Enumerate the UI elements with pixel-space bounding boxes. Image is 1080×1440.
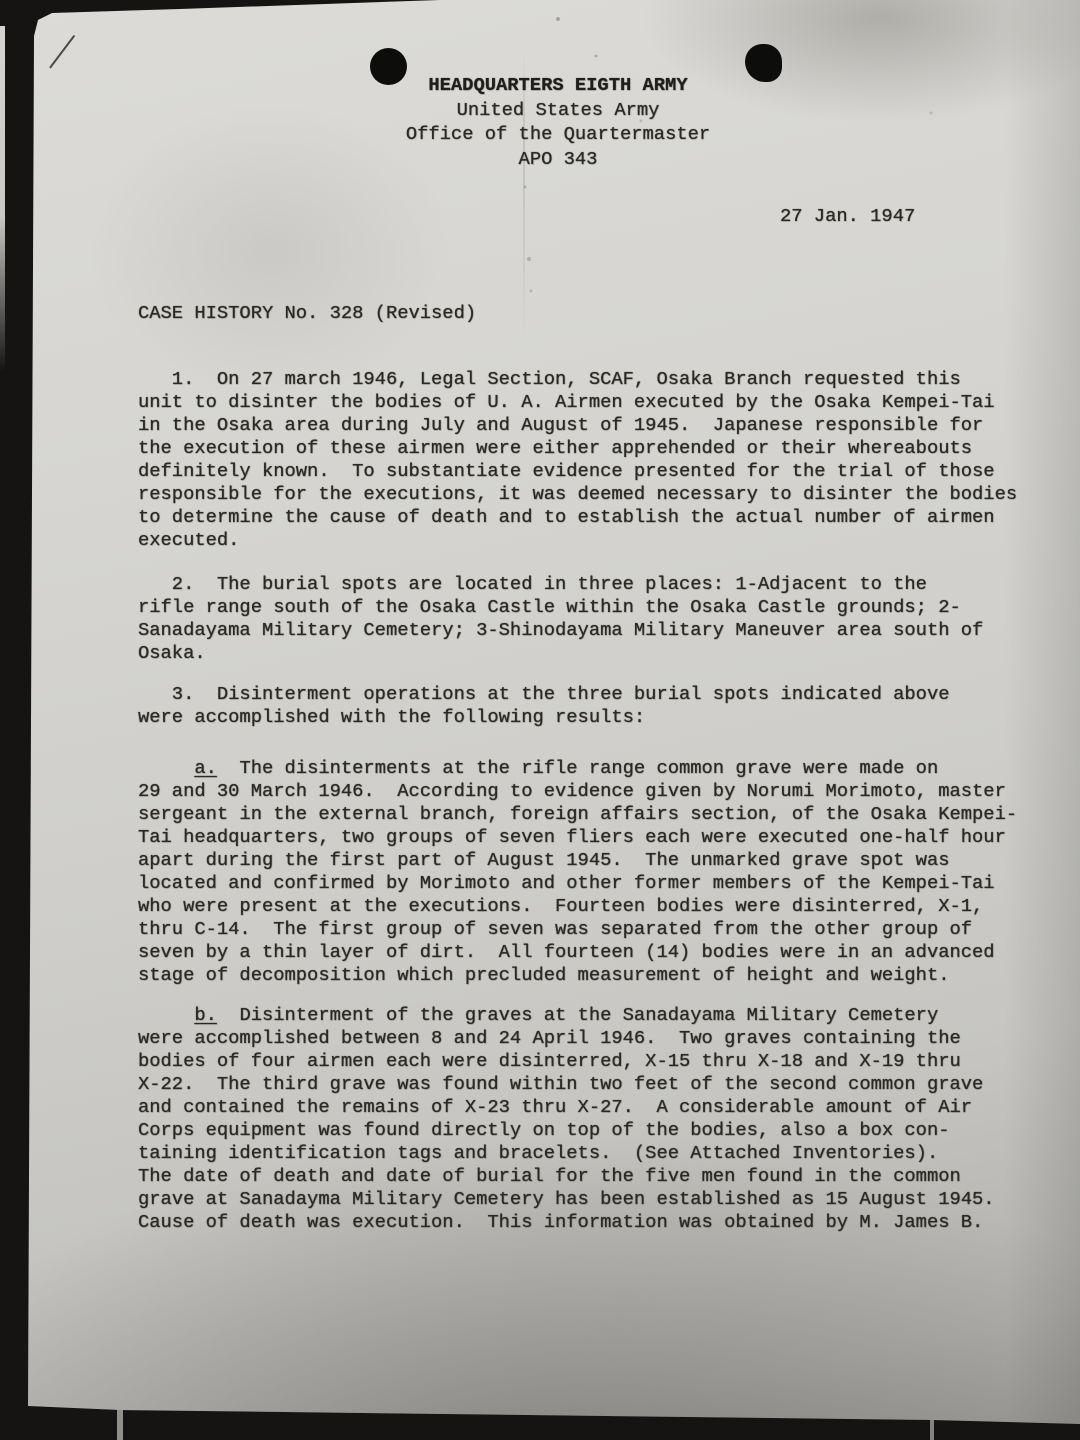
date-line: 27 Jan. 1947 bbox=[780, 205, 915, 228]
text-line: HEADQUARTERS EIGTH ARMY bbox=[138, 73, 978, 98]
text-line: and contained the remains of X-23 thru X… bbox=[138, 1096, 995, 1119]
text-line: APO 343 bbox=[138, 147, 978, 172]
text-line: apart during the first part of August 19… bbox=[138, 849, 1017, 872]
paragraph-a-first-line: a. The disinterments at the rifle range … bbox=[138, 757, 1017, 780]
text-line: the execution of these airmen were eithe… bbox=[138, 437, 1017, 460]
background-line-right bbox=[930, 1420, 934, 1440]
letterhead: HEADQUARTERS EIGTH ARMYUnited States Arm… bbox=[138, 73, 978, 171]
text-line: 3. Disinterment operations at the three … bbox=[138, 683, 949, 706]
text-line: Osaka. bbox=[138, 642, 983, 665]
pen-mark bbox=[49, 35, 76, 69]
photo-background: HEADQUARTERS EIGTH ARMYUnited States Arm… bbox=[0, 0, 1080, 1440]
text-line: in the Osaka area during July and August… bbox=[138, 414, 1017, 437]
text-line: Disinterment of the graves at the Sanada… bbox=[217, 1004, 938, 1026]
text-line: X-22. The third grave was found within t… bbox=[138, 1073, 995, 1096]
paragraph-a-body: 29 and 30 March 1946. According to evide… bbox=[138, 780, 1017, 987]
text-line: located and confirmed by Morimoto and ot… bbox=[138, 872, 1017, 895]
text-line: The disinterments at the rifle range com… bbox=[217, 757, 938, 779]
text-line: thru C-14. The first group of seven was … bbox=[138, 918, 1017, 941]
text-line: executed. bbox=[138, 529, 1017, 552]
background-line-left bbox=[117, 1406, 123, 1440]
text-line: who were present at the executions. Four… bbox=[138, 895, 1017, 918]
paragraph-b: b. Disinterment of the graves at the San… bbox=[138, 1004, 995, 1234]
sub-paragraph-label: a. bbox=[194, 757, 217, 779]
text-line: grave at Sanadayma Military Cemetery has… bbox=[138, 1188, 995, 1211]
paragraph-b-body: were accomplished between 8 and 24 April… bbox=[138, 1027, 995, 1234]
dust-specks bbox=[0, 0, 2, 2]
text-line: 1. On 27 march 1946, Legal Section, SCAF… bbox=[138, 368, 1017, 391]
text-line: sergeant in the external branch, foreign… bbox=[138, 803, 1017, 826]
text-line: 2. The burial spots are located in three… bbox=[138, 573, 983, 596]
paragraph-1: 1. On 27 march 1946, Legal Section, SCAF… bbox=[138, 368, 1017, 552]
paragraph-b-first-line: b. Disinterment of the graves at the San… bbox=[138, 1004, 995, 1027]
case-title: CASE HISTORY No. 328 (Revised) bbox=[138, 302, 476, 325]
text-line: responsible for the executions, it was d… bbox=[138, 483, 1017, 506]
text-line: definitely known. To substantiate eviden… bbox=[138, 460, 1017, 483]
document-page: HEADQUARTERS EIGTH ARMYUnited States Arm… bbox=[0, 0, 1080, 1440]
text-line: taining identification tags and bracelet… bbox=[138, 1142, 995, 1165]
text-line: to determine the cause of death and to e… bbox=[138, 506, 1017, 529]
text-line: were accomplished between 8 and 24 April… bbox=[138, 1027, 995, 1050]
text-line: Corps equipment was found directly on to… bbox=[138, 1119, 995, 1142]
text-line: United States Army bbox=[138, 98, 978, 123]
paragraph-2: 2. The burial spots are located in three… bbox=[138, 573, 983, 665]
indent bbox=[138, 1004, 194, 1026]
indent bbox=[138, 757, 194, 779]
text-line: unit to disinter the bodies of U. A. Air… bbox=[138, 391, 1017, 414]
text-line: seven by a thin layer of dirt. All fourt… bbox=[138, 941, 1017, 964]
text-line: Office of the Quartermaster bbox=[138, 122, 978, 147]
background-edge-strip bbox=[0, 26, 5, 371]
text-line: The date of death and date of burial for… bbox=[138, 1165, 995, 1188]
text-line: stage of decomposition which precluded m… bbox=[138, 964, 1017, 987]
text-line: rifle range south of the Osaka Castle wi… bbox=[138, 596, 983, 619]
text-line: bodies of four airmen each were disinter… bbox=[138, 1050, 995, 1073]
text-line: Cause of death was execution. This infor… bbox=[138, 1211, 995, 1234]
text-line: 29 and 30 March 1946. According to evide… bbox=[138, 780, 1017, 803]
paragraph-3: 3. Disinterment operations at the three … bbox=[138, 683, 949, 729]
text-line: Tai headquarters, two groups of seven fl… bbox=[138, 826, 1017, 849]
text-line: Sanadayama Military Cemetery; 3-Shinoday… bbox=[138, 619, 983, 642]
sub-paragraph-label: b. bbox=[194, 1004, 217, 1026]
text-line: were accomplished with the following res… bbox=[138, 706, 949, 729]
paragraph-a: a. The disinterments at the rifle range … bbox=[138, 757, 1017, 987]
